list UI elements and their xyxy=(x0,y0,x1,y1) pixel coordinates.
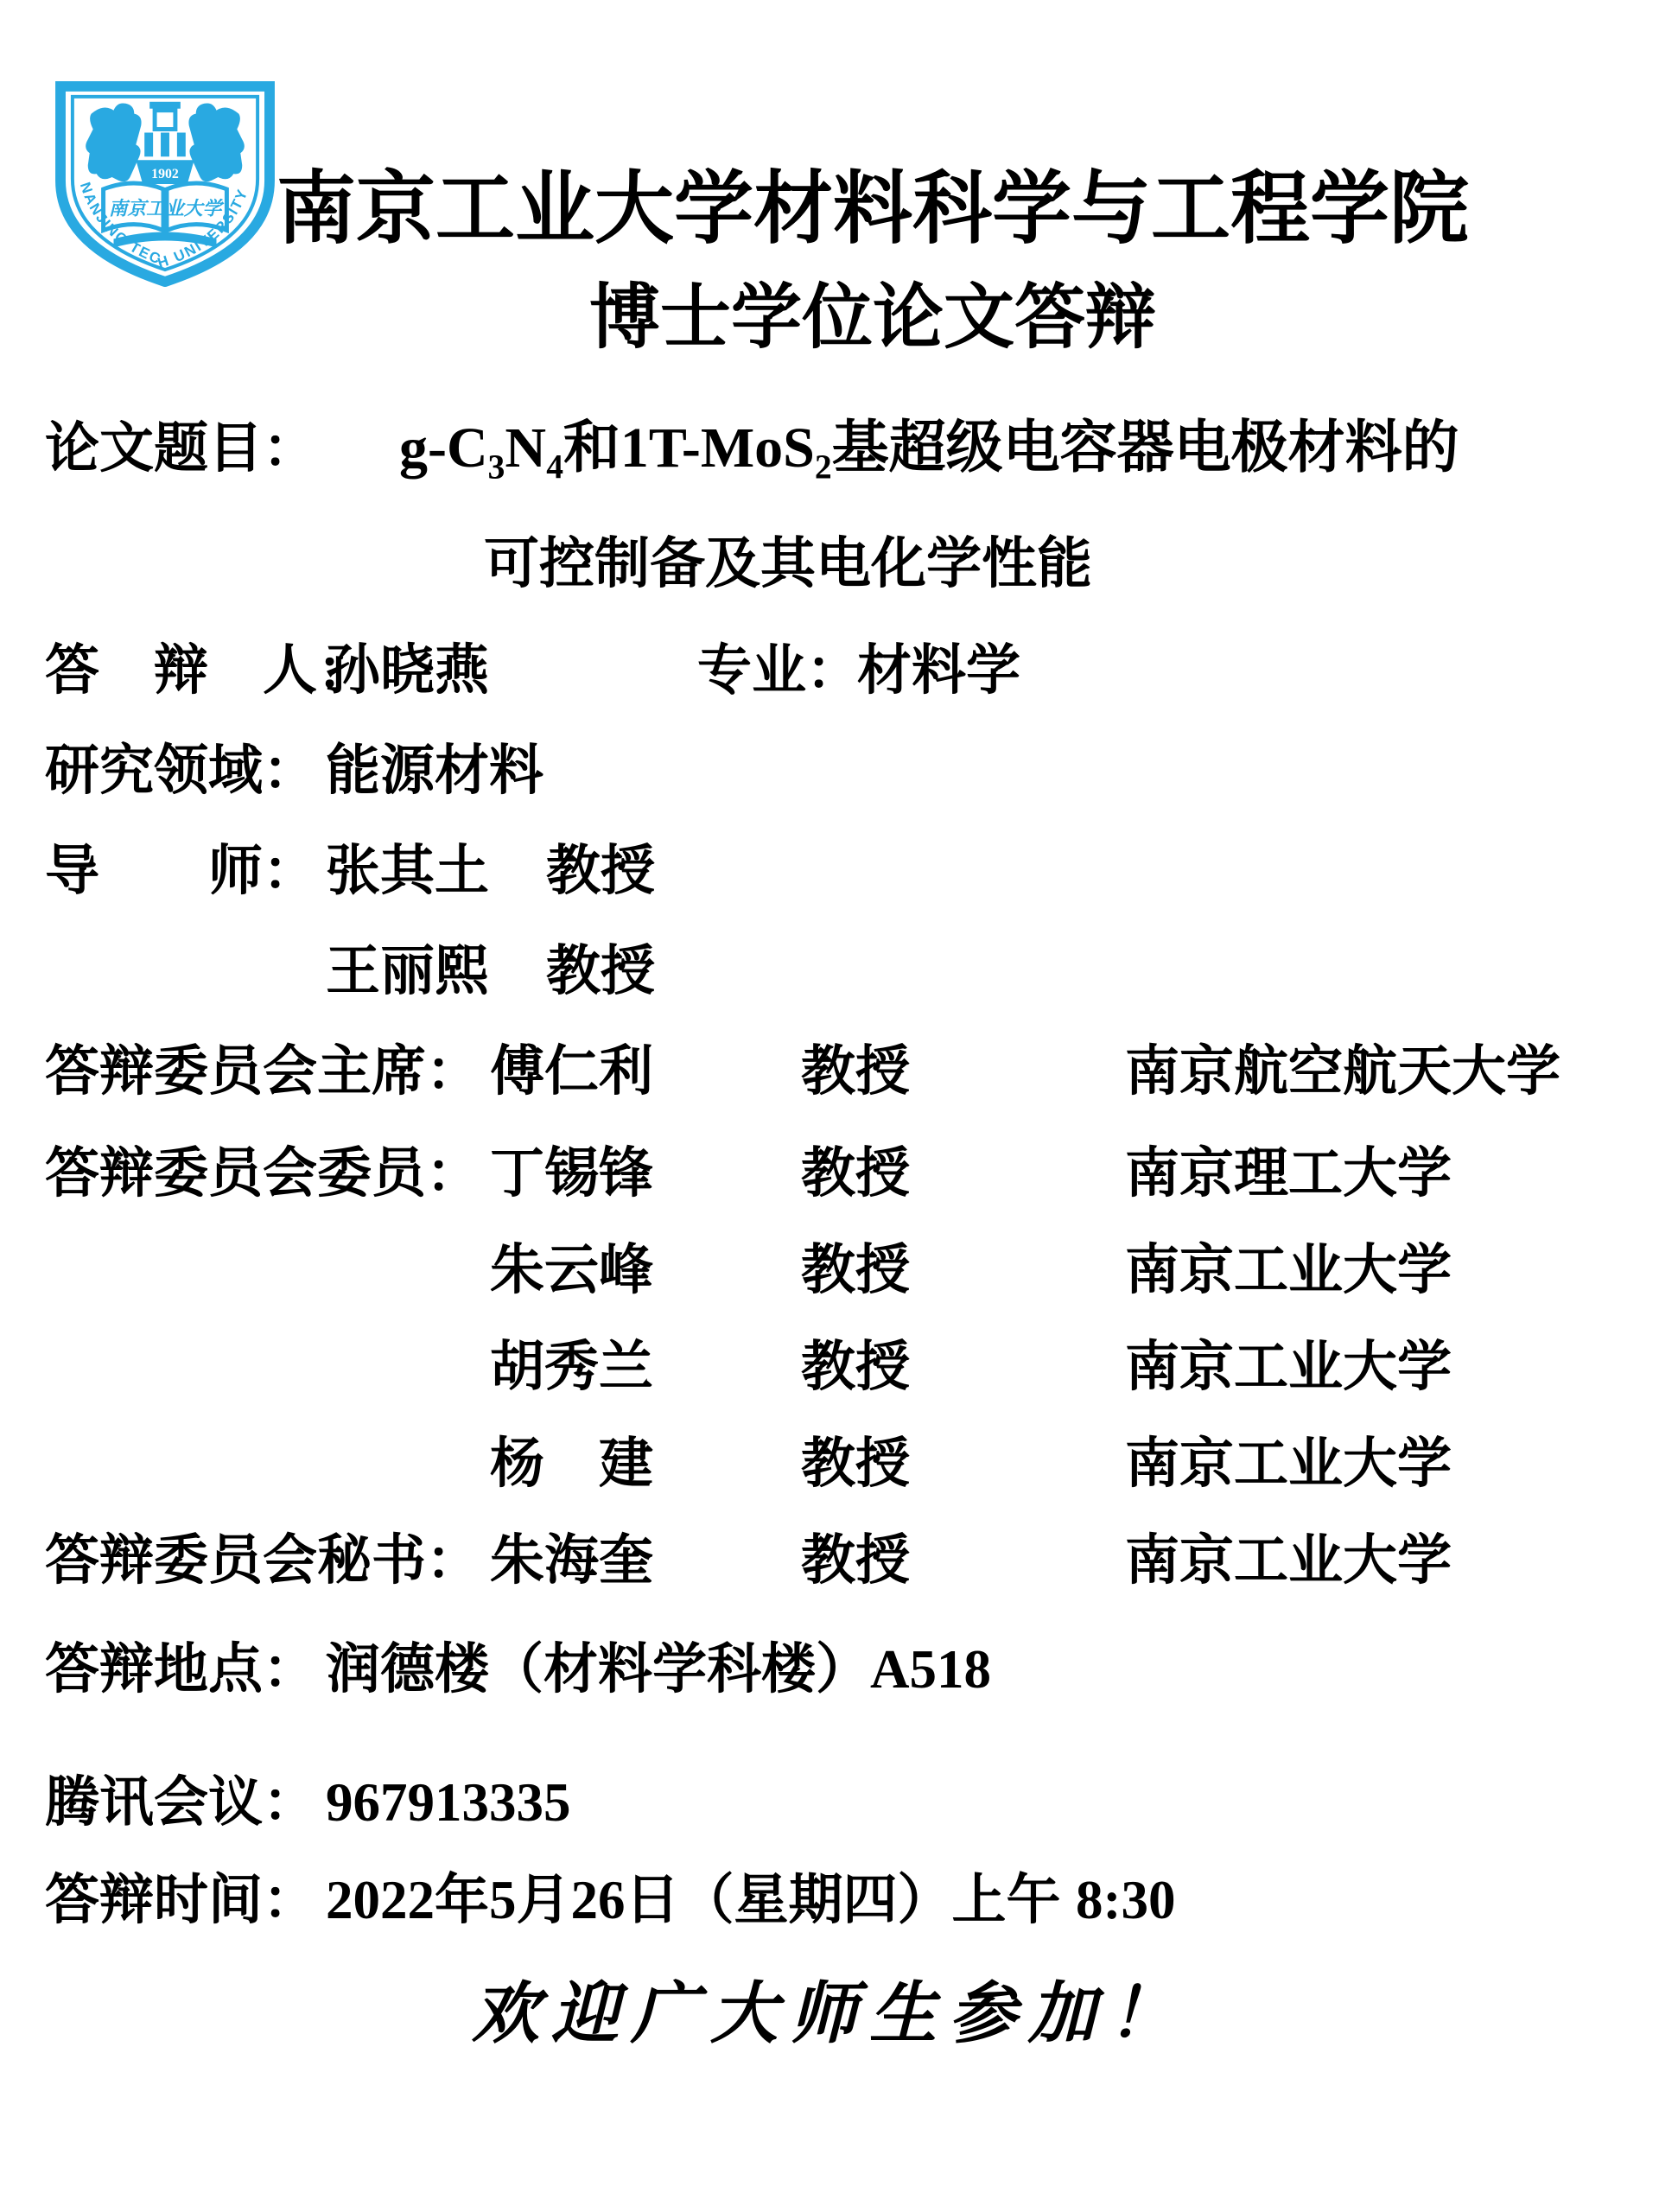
logo-cn-name: 南京工业大学 xyxy=(109,198,225,219)
committee-member-affiliation: 南京理工大学 xyxy=(1125,1142,1452,1205)
research-field-label: 研究领域： xyxy=(45,740,326,802)
committee-secretary-label: 答辩委员会秘书： xyxy=(45,1529,490,1592)
committee-member-title: 教授 xyxy=(801,1040,1125,1103)
defense-type-title: 博士学位论文答辩 xyxy=(259,261,1486,362)
committee-member-title: 教授 xyxy=(801,1433,1125,1495)
major-label: 专业： xyxy=(697,639,857,702)
committee-member-affiliation: 南京航空航天大学 xyxy=(1125,1040,1560,1103)
thesis-title-row: 论文题目：g-C₃N₄和1T-MoS₂基超级电容器电极材料的 xyxy=(45,415,1459,481)
committee-member-row: 朱云峰教授南京工业大学 xyxy=(45,1239,1452,1301)
defense-location-label: 答辩地点： xyxy=(45,1638,326,1700)
logo-year: 1902 xyxy=(151,167,179,181)
advisor-title: 教授 xyxy=(546,940,655,1002)
committee-member-name: 胡秀兰 xyxy=(490,1336,801,1398)
defense-time-value: 2022年5月26日（星期四）上午 8:30 xyxy=(326,1869,1176,1931)
defense-time-row: 答辩时间：2022年5月26日（星期四）上午 8:30 xyxy=(45,1869,1176,1931)
committee-member-title: 教授 xyxy=(801,1239,1125,1301)
thesis-title-label: 论文题目： xyxy=(45,417,399,480)
committee-member-name: 傅仁利 xyxy=(490,1040,801,1103)
research-field-value: 能源材料 xyxy=(326,740,543,802)
committee-chair-row: 答辩委员会主席：傅仁利教授南京航空航天大学 xyxy=(45,1040,1560,1103)
committee-member-affiliation: 南京工业大学 xyxy=(1125,1433,1452,1495)
advisor-row-1: 导 师：张其土教授 xyxy=(45,840,655,902)
committee-member-row: 胡秀兰教授南京工业大学 xyxy=(45,1336,1452,1398)
committee-member-affiliation: 南京工业大学 xyxy=(1125,1239,1452,1301)
advisor-row-2: 王丽熙教授 xyxy=(45,940,655,1002)
committee-member-title: 教授 xyxy=(801,1142,1125,1205)
committee-chair-label: 答辩委员会主席： xyxy=(45,1040,490,1103)
college-title: 南京工业大学材料科学与工程学院 xyxy=(259,145,1486,259)
candidate-row: 答 辩 人：孙晓燕专业：材料学 xyxy=(45,639,1020,702)
advisor-title: 教授 xyxy=(546,840,655,902)
committee-member-row: 杨 建教授南京工业大学 xyxy=(45,1433,1452,1495)
committee-member-name: 朱云峰 xyxy=(490,1239,801,1301)
committee-member-affiliation: 南京工业大学 xyxy=(1125,1529,1452,1592)
thesis-title-line1: g-C₃N₄和1T-MoS₂基超级电容器电极材料的 xyxy=(399,415,1459,481)
candidate-name: 孙晓燕 xyxy=(326,639,697,702)
nanjing-tech-university-logo: 1902 南京工业大学 NANJING TECH UNIVERSITY xyxy=(54,79,276,287)
thesis-title-line2: 可控制备及其电化学性能 xyxy=(484,532,1092,596)
major-value: 材料学 xyxy=(857,639,1020,702)
committee-members-label: 答辩委员会委员： xyxy=(45,1142,490,1205)
committee-member-name: 杨 建 xyxy=(490,1433,801,1495)
logo-left-lion xyxy=(86,103,141,181)
committee-member-title: 教授 xyxy=(801,1336,1125,1398)
advisor-name: 张其土 xyxy=(326,840,546,902)
research-field-row: 研究领域：能源材料 xyxy=(45,740,543,802)
advisor-label: 导 师： xyxy=(45,840,326,902)
committee-member-affiliation: 南京工业大学 xyxy=(1125,1336,1452,1398)
committee-secretary-row: 答辩委员会秘书：朱海奎教授南京工业大学 xyxy=(45,1529,1452,1592)
logo-right-lion xyxy=(188,103,244,181)
meeting-id-value: 967913335 xyxy=(326,1771,571,1834)
welcome-message: 欢迎广大师生参加！ xyxy=(0,1960,1659,2056)
meeting-id-row: 腾讯会议：967913335 xyxy=(45,1771,571,1834)
committee-member-name: 朱海奎 xyxy=(490,1529,801,1592)
committee-member-name: 丁锡锋 xyxy=(490,1142,801,1205)
committee-member-row: 答辩委员会委员：丁锡锋教授南京理工大学 xyxy=(45,1142,1452,1205)
defense-location-row: 答辩地点：润德楼（材料学科楼）A518 xyxy=(45,1638,991,1700)
meeting-id-label: 腾讯会议： xyxy=(45,1771,326,1834)
committee-member-title: 教授 xyxy=(801,1529,1125,1592)
defense-time-label: 答辩时间： xyxy=(45,1869,326,1931)
advisor-name: 王丽熙 xyxy=(326,940,546,1002)
defense-announcement-poster: { "page": { "background": "#ffffff", "te… xyxy=(0,0,1659,2212)
candidate-label: 答 辩 人： xyxy=(45,639,326,702)
defense-location-value: 润德楼（材料学科楼）A518 xyxy=(326,1638,991,1700)
